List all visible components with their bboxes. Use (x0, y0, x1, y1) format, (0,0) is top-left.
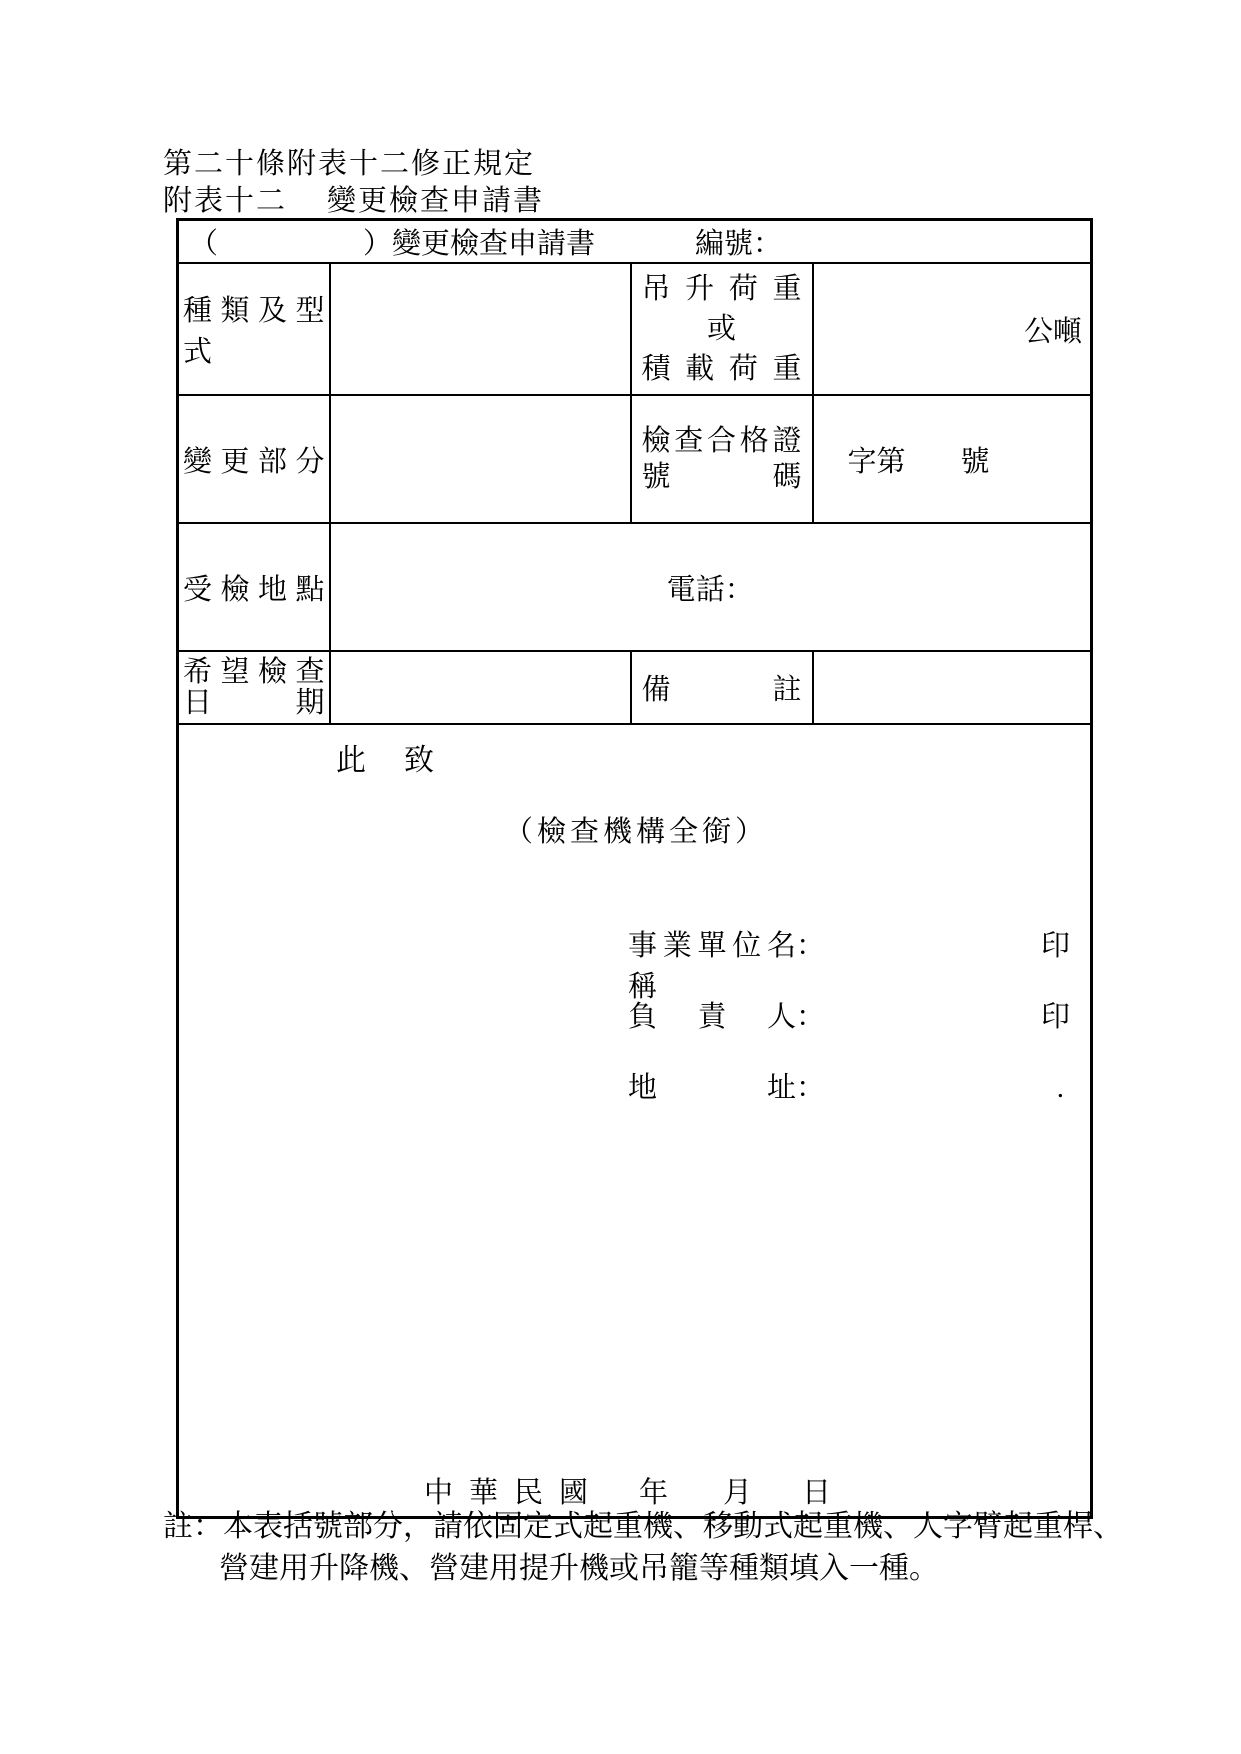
load-value-cell: 公噸 (813, 263, 1092, 395)
salutation-char1: 此 (336, 744, 366, 777)
certificate-number-cell: 字第號 (813, 395, 1092, 523)
responsible-person-row: 負責人： 印 (628, 994, 1070, 1026)
phone-label: 電話： (667, 574, 754, 606)
address-row: 地址： . (628, 1065, 1070, 1097)
address-label: 地址 (628, 1065, 796, 1106)
closing-row: 此致 （檢查機構全銜） 事業單位名稱： 印 負責人： 印 地址： . 中華民國 (178, 724, 1092, 1518)
form-title-cell: （ ）變更檢查申請書編號： (178, 220, 1092, 264)
footnote-line2: 營建用升降機、營建用提升機或吊籠等種類填入一種。 (163, 1548, 1123, 1590)
heading-regulation: 第二十條附表十二修正規定 (163, 148, 535, 180)
document-page: 第二十條附表十二修正規定 附表十二變更檢查申請書 （ ）變更檢查申請書編號： 種… (0, 0, 1241, 1754)
certificate-label-cell: 檢查合格證 號碼 (631, 395, 813, 523)
business-name-label: 事業單位名稱 (628, 923, 796, 1005)
unit-label: 公噸 (1024, 316, 1082, 348)
roc-era-label: 中華民國 (424, 1470, 604, 1511)
footnote-line1: 註：本表括號部分，請依固定式起重機、移動式起重機、人字臂起重桿、 (163, 1506, 1123, 1548)
responsible-person-label: 負責人 (628, 994, 796, 1035)
desired-date-label-cell: 希望檢查 日期 (178, 651, 330, 724)
changed-part-value-cell (330, 395, 631, 523)
desired-date-label-line1: 希望檢查 (183, 657, 325, 688)
inspection-site-value-cell: 電話： (330, 523, 1092, 651)
certificate-number-prefix: 字第 (848, 446, 906, 478)
load-label-line1: 吊升荷重 (642, 269, 802, 309)
month-label: 月 (723, 1470, 752, 1511)
application-form-table: （ ）變更檢查申請書編號： 種類及型式 吊升荷重 或 積載荷重 公噸 變更部分 … (176, 218, 1093, 1519)
date-line: 中華民國 年 月 日 (424, 1470, 831, 1511)
responsible-person-seal: 印 (1041, 994, 1070, 1035)
heading-attachment-title: 附表十二變更檢查申請書 (163, 185, 544, 217)
machine-type-blank-parens: （ ） (189, 228, 392, 260)
certificate-label-line2: 號碼 (642, 459, 802, 495)
salutation: 此致 (336, 735, 434, 779)
business-name-colon: ： (796, 923, 825, 964)
certificate-number-suffix: 號 (961, 446, 990, 478)
type-row: 種類及型式 吊升荷重 或 積載荷重 公噸 (178, 263, 1092, 395)
inspection-agency-placeholder: （檢查機構全銜） (504, 809, 768, 850)
certificate-label-line1: 檢查合格證 (642, 423, 802, 459)
business-name-seal: 印 (1041, 923, 1070, 964)
desired-date-row: 希望檢查 日期 備註 (178, 651, 1092, 724)
address-colon: ： (796, 1065, 825, 1106)
type-value-cell (330, 263, 631, 395)
remarks-value-cell (813, 651, 1092, 724)
serial-number-label: 編號： (695, 228, 782, 260)
change-row: 變更部分 檢查合格證 號碼 字第號 (178, 395, 1092, 523)
responsible-person-colon: ： (796, 994, 825, 1035)
attachment-number: 附表十二 (163, 185, 287, 217)
desired-date-label-line2: 日期 (183, 688, 325, 719)
form-title-text: 變更檢查申請書 (392, 228, 595, 260)
load-label-line3: 積載荷重 (642, 349, 802, 389)
year-label: 年 (639, 1470, 668, 1511)
load-label-line2: 或 (642, 309, 802, 349)
type-label: 種類及型式 (178, 263, 330, 395)
attachment-title-text: 變更檢查申請書 (327, 185, 544, 217)
business-name-row: 事業單位名稱： 印 (628, 923, 1070, 955)
desired-date-value-cell (330, 651, 631, 724)
address-end-period: . (1057, 1072, 1070, 1105)
closing-cell: 此致 （檢查機構全銜） 事業單位名稱： 印 負責人： 印 地址： . 中華民國 (178, 724, 1092, 1518)
day-label: 日 (802, 1470, 831, 1511)
inspection-site-label: 受檢地點 (178, 523, 330, 651)
load-label-cell: 吊升荷重 或 積載荷重 (631, 263, 813, 395)
form-title-row: （ ）變更檢查申請書編號： (178, 220, 1092, 264)
salutation-char2: 致 (404, 744, 434, 777)
changed-part-label: 變更部分 (178, 395, 330, 523)
footnote: 註：本表括號部分，請依固定式起重機、移動式起重機、人字臂起重桿、 營建用升降機、… (163, 1506, 1123, 1590)
remarks-label: 備註 (631, 651, 813, 724)
site-row: 受檢地點 電話： (178, 523, 1092, 651)
